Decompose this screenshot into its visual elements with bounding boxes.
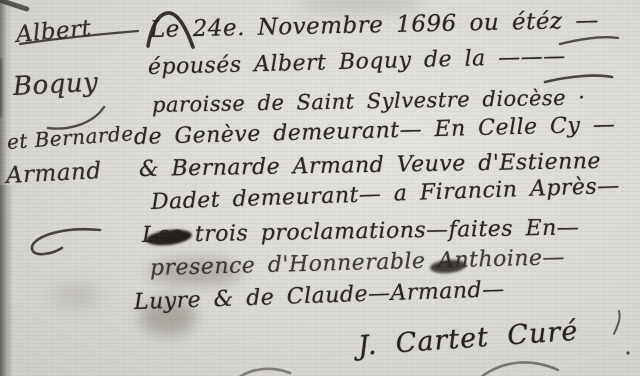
scan-gutter-shadow-lower [0, 185, 18, 376]
margin-note-groom-surname: Boquy [12, 68, 99, 102]
margin-note-bride-first-name: et Bernarde [6, 121, 134, 154]
line2-end-dash-flourish [545, 76, 612, 82]
margin-note-groom-first-name: Albert [15, 15, 93, 47]
record-line-4: de Genève demeurant— En Celle Cy — [134, 112, 616, 150]
paper-smudge [295, 0, 425, 12]
signature-side-tick [614, 311, 620, 334]
paper-smudge [52, 285, 100, 307]
next-entry-cutoff-stroke [480, 362, 558, 376]
manuscript-page: Albert Boquy et Bernarde Armand Le 24e. … [0, 0, 640, 376]
margin-note-bride-surname: Armand [5, 158, 102, 189]
left-margin-swash [32, 229, 100, 254]
edge-streak [0, 58, 2, 118]
priest-signature: J. Cartet Curé [357, 316, 579, 362]
next-entry-cutoff-stroke [238, 369, 290, 376]
record-line-8: presence d'Honnerable Anthoine— [150, 245, 566, 281]
record-line-1: Le 24e. Novembre 1696 ou étéz — [150, 8, 599, 43]
record-line-3: paroisse de Saint Sylvestre diocèse · [152, 85, 586, 117]
line1-end-dash-flourish [560, 37, 618, 44]
record-line-7: Les trois proclamations—faites En— [142, 215, 580, 248]
record-line-2: épousés Albert Boquy de la ——— [148, 44, 566, 80]
ink-dot [626, 351, 629, 354]
